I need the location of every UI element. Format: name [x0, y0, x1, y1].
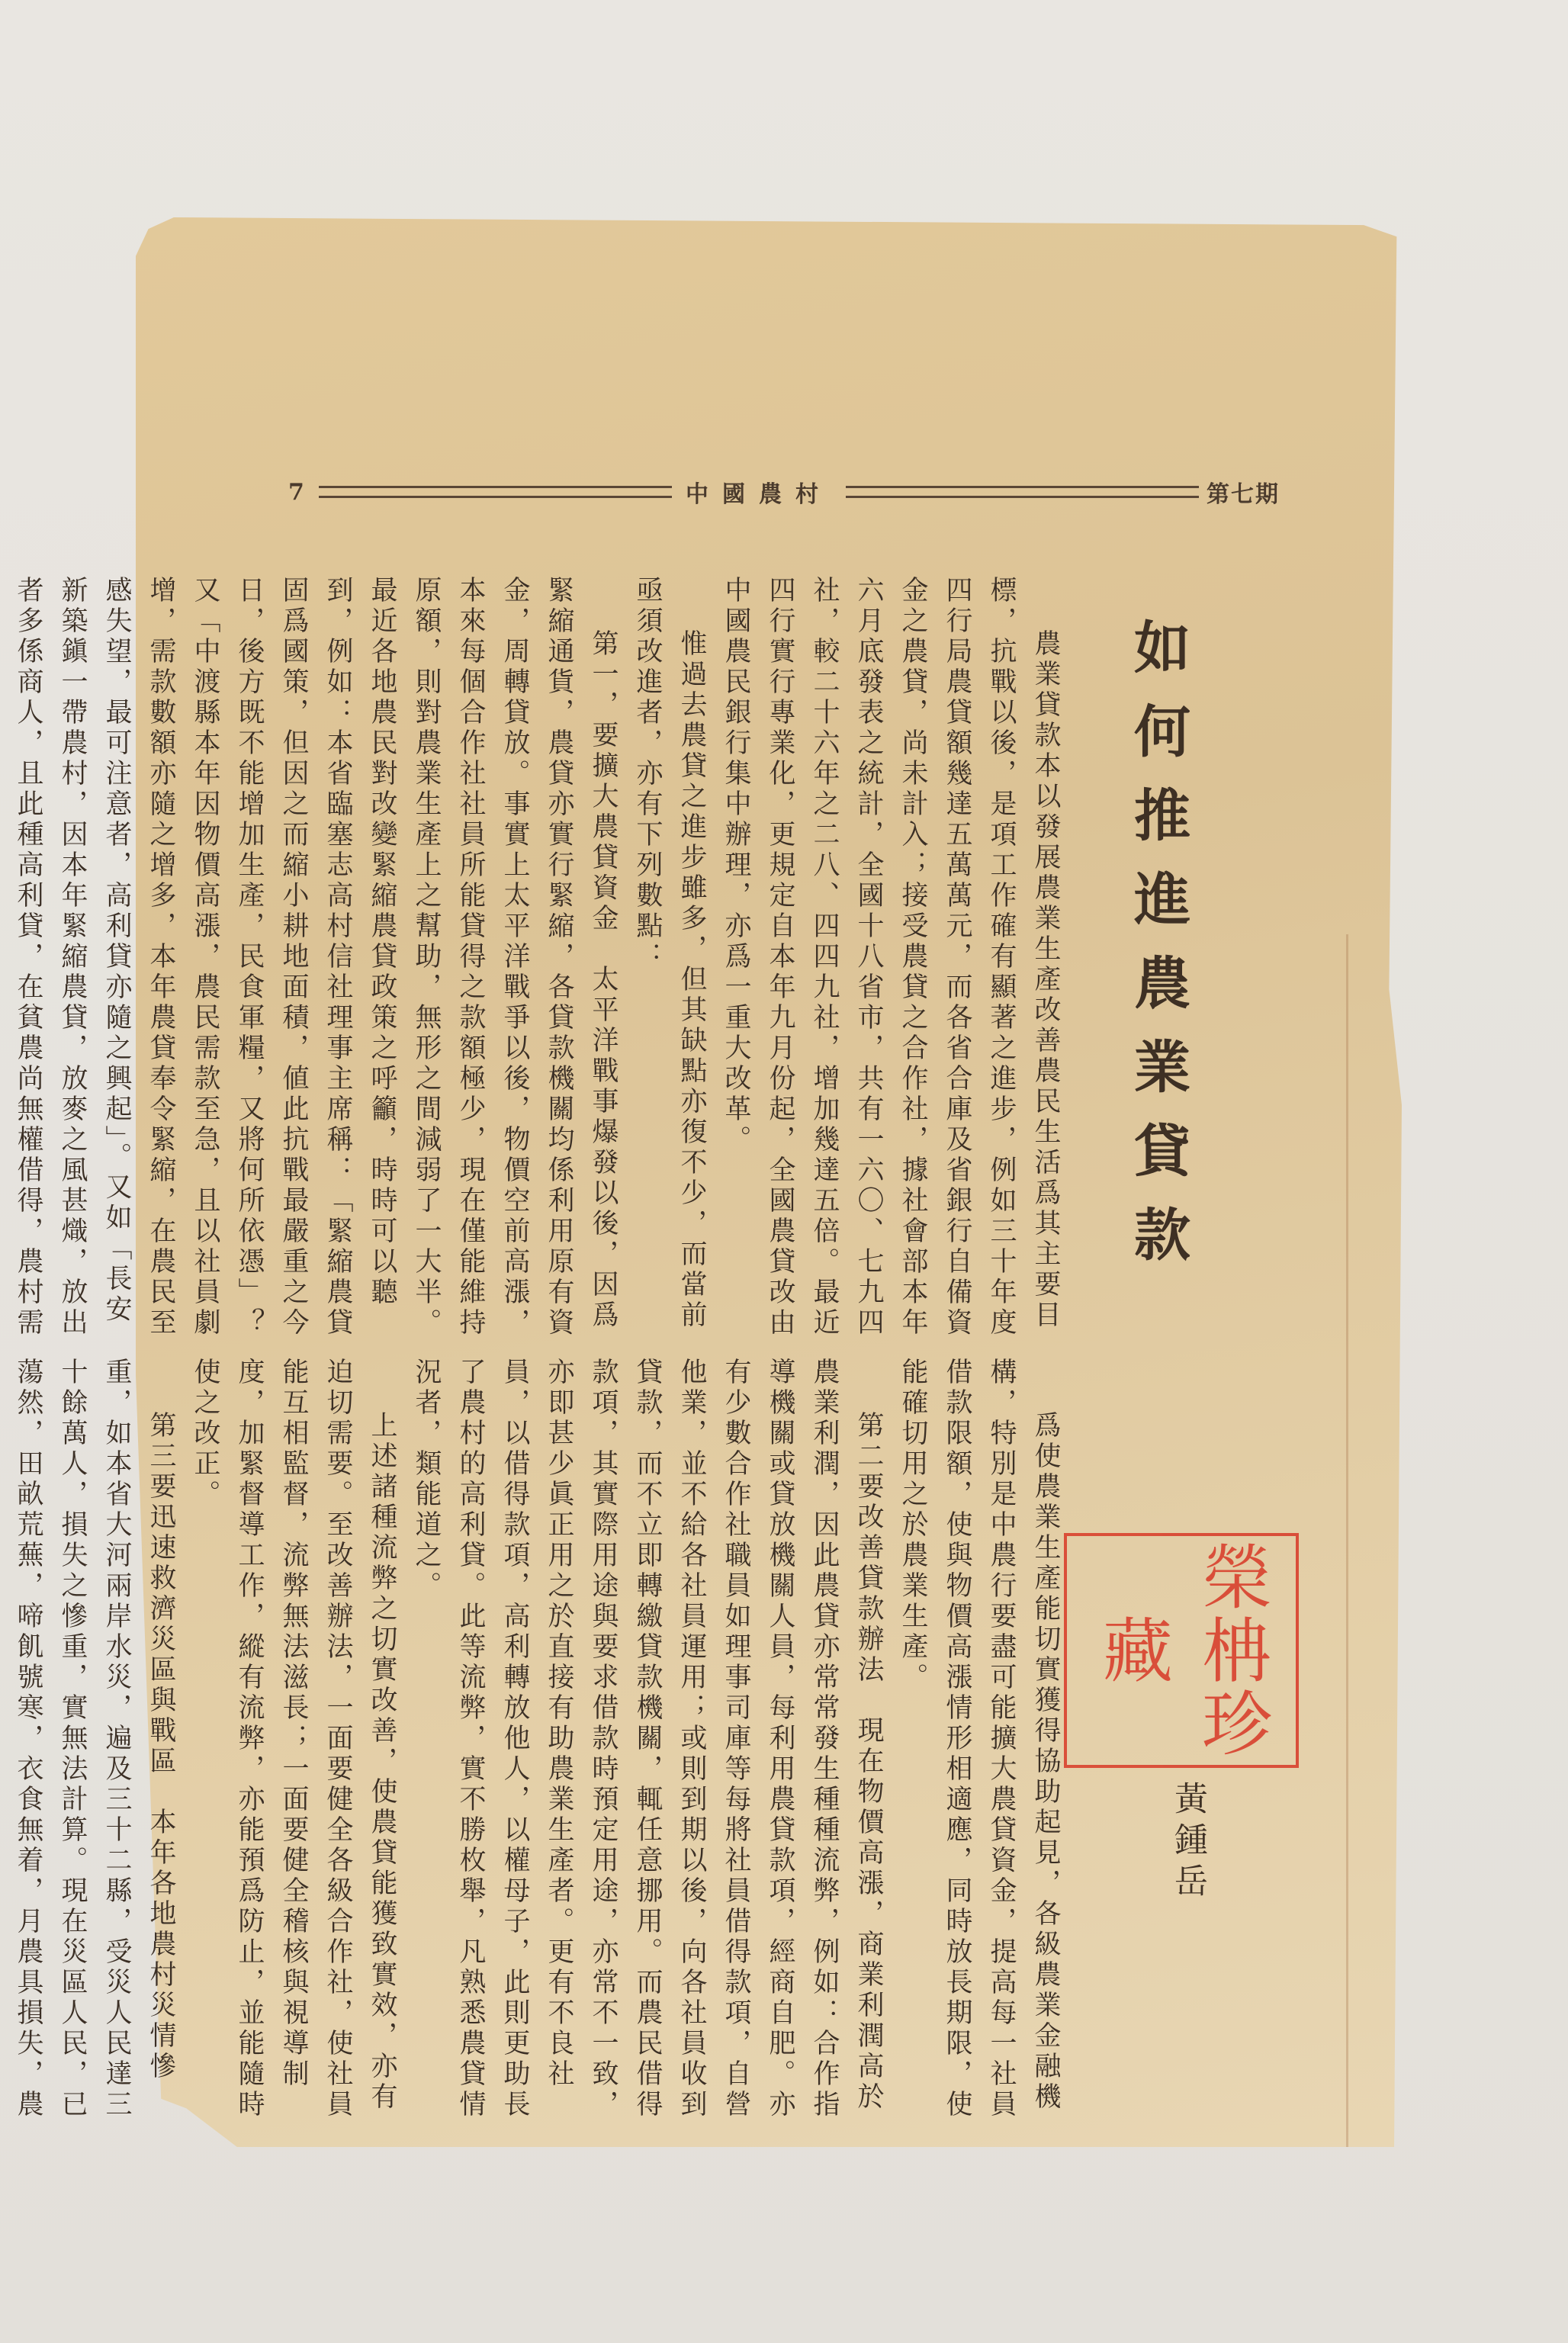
body-lower-section: 爲使農業生產能切實獲得協助起見，各級農業金融機構，特別是中農行要盡可能擴大農貸資…: [259, 1358, 1068, 2128]
paragraph: 農業貸款本以發展農業生產改善農民生活爲其主要目標，抗戰以後，是項工作確有顯著之進…: [714, 576, 1068, 1346]
article-title: 如何推進農業貸款: [1117, 618, 1198, 1289]
paragraph: 第二要改善貸款辦法 現在物價高漲，商業利潤高於農業利潤，因此農貸亦常常發生種種流…: [404, 1358, 891, 2128]
journal-title: 中國農村: [672, 475, 846, 509]
collector-seal-icon: 榮柟珍藏: [1064, 1533, 1299, 1768]
paragraph: 第三要迅速救濟災區與戰區 本年各地農村災情慘重，如本省大河兩岸水災，遍及三十二縣…: [0, 1358, 183, 2128]
paragraph: 爲使農業生產能切實獲得協助起見，各級農業金融機構，特別是中農行要盡可能擴大農貸資…: [891, 1358, 1068, 2128]
paragraph: 第一，要擴大農貸資金 太平洋戰事爆發以後，因爲緊縮通貨，農貸亦實行緊縮，各貸款機…: [0, 576, 625, 1346]
paragraph: 惟過去農貸之進步雖多，但其缺點亦復不少，而當前亟須改進者，亦有下列數點：: [625, 576, 714, 1346]
article-author: 黃鍾岳: [1163, 1781, 1212, 1904]
running-header: 7 中國農村 第七期: [288, 477, 1280, 507]
header-rule-right: [846, 486, 1199, 498]
paragraph: 上述諸種流弊之切實改善，使農貸能獲致實效，亦有迫切需要。至改善辦法，一面要健全各…: [183, 1358, 404, 2128]
page-number: 7: [288, 479, 319, 506]
header-rule-left: [319, 486, 672, 498]
body-upper-section: 農業貸款本以發展農業生產改善農民生活爲其主要目標，抗戰以後，是項工作確有顯著之進…: [259, 576, 1068, 1346]
issue-label: 第七期: [1199, 475, 1280, 509]
